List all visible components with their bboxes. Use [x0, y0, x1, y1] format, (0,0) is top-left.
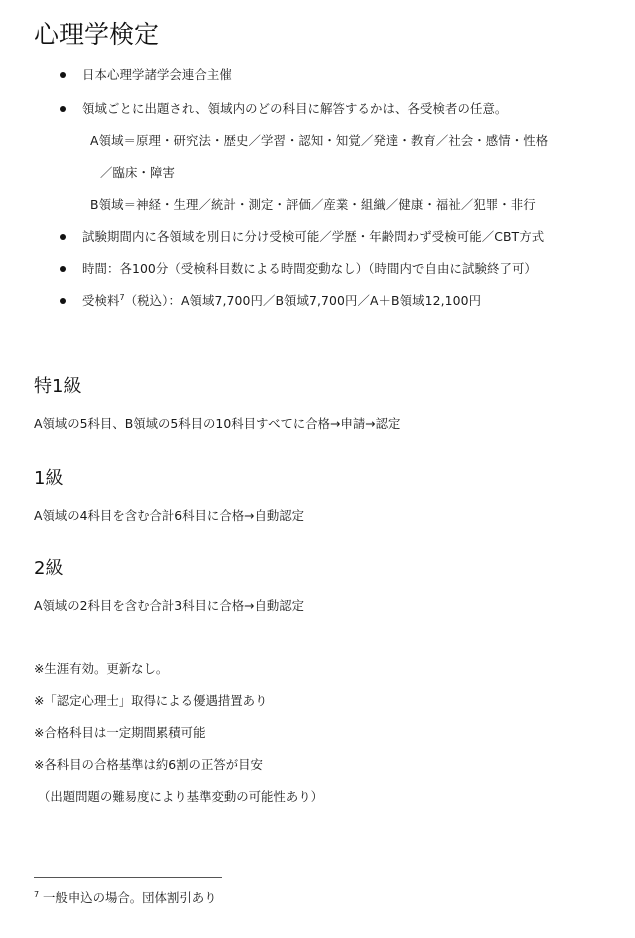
grade-desc-1: A領域の4科目を含む合計6科目に合格→自動認定 — [34, 507, 304, 525]
domain-a-line2: ／臨床・障害 — [100, 164, 175, 182]
bullet-time: 時間：各100分（受検科目数による時間変動なし）（時間内で自由に試験終了可） — [82, 260, 537, 278]
footnote-text: 一般申込の場合。団体割引あり — [43, 890, 216, 905]
note-accumulation: ※合格科目は一定期間累積可能 — [34, 724, 205, 742]
bullet-question-format: 領域ごとに出題され、領域内のどの科目に解答するかは、各受検者の任意。 — [82, 100, 507, 118]
grade-desc-2: A領域の2科目を含む合計3科目に合格→自動認定 — [34, 597, 304, 615]
bullet-icon — [60, 266, 66, 272]
grade-heading-1: 1級 — [34, 467, 63, 491]
note-pass-criteria: ※各科目の合格基準は約6割の正答が目安 — [34, 756, 263, 774]
bullet-icon — [60, 72, 66, 78]
domain-a-line1: A領域＝原理・研究法・歴史／学習・認知・知覚／発達・教育／社会・感情・性格 — [90, 132, 548, 150]
grade-heading-special-1: 特1級 — [34, 375, 81, 399]
bullet-fee: 受検料7（税込）：A領域7,700円／B領域7,700円／A＋B領域12,100… — [82, 292, 481, 310]
page-title: 心理学検定 — [34, 18, 159, 52]
footnote: 7 一般申込の場合。団体割引あり — [34, 889, 217, 907]
footnote-number: 7 — [34, 890, 39, 899]
bullet-organizer: 日本心理学諸学会連合主催 — [82, 66, 232, 84]
domain-b-line: B領域＝神経・生理／統計・測定・評価／産業・組織／健康・福祉／犯罪・非行 — [90, 196, 536, 214]
grade-desc-special-1: A領域の5科目、B領域の5科目の10科目すべてに合格→申請→認定 — [34, 415, 400, 433]
grade-heading-2: 2級 — [34, 557, 63, 581]
bullet-icon — [60, 106, 66, 112]
fee-detail: （税込）：A領域7,700円／B領域7,700円／A＋B領域12,100円 — [125, 293, 481, 308]
bullet-icon — [60, 298, 66, 304]
note-lifetime-valid: ※生涯有効。更新なし。 — [34, 660, 168, 678]
footnote-divider — [34, 877, 222, 878]
note-certified-psychologist: ※「認定心理士」取得による優遇措置あり — [34, 692, 267, 710]
fee-label: 受検料 — [82, 293, 119, 308]
note-criteria-variation: （出題問題の難易度により基準変動の可能性あり） — [38, 788, 323, 806]
bullet-icon — [60, 234, 66, 240]
bullet-exam-period: 試験期間内に各領域を別日に分け受検可能／学歴・年齢問わず受検可能／CBT方式 — [82, 228, 544, 246]
